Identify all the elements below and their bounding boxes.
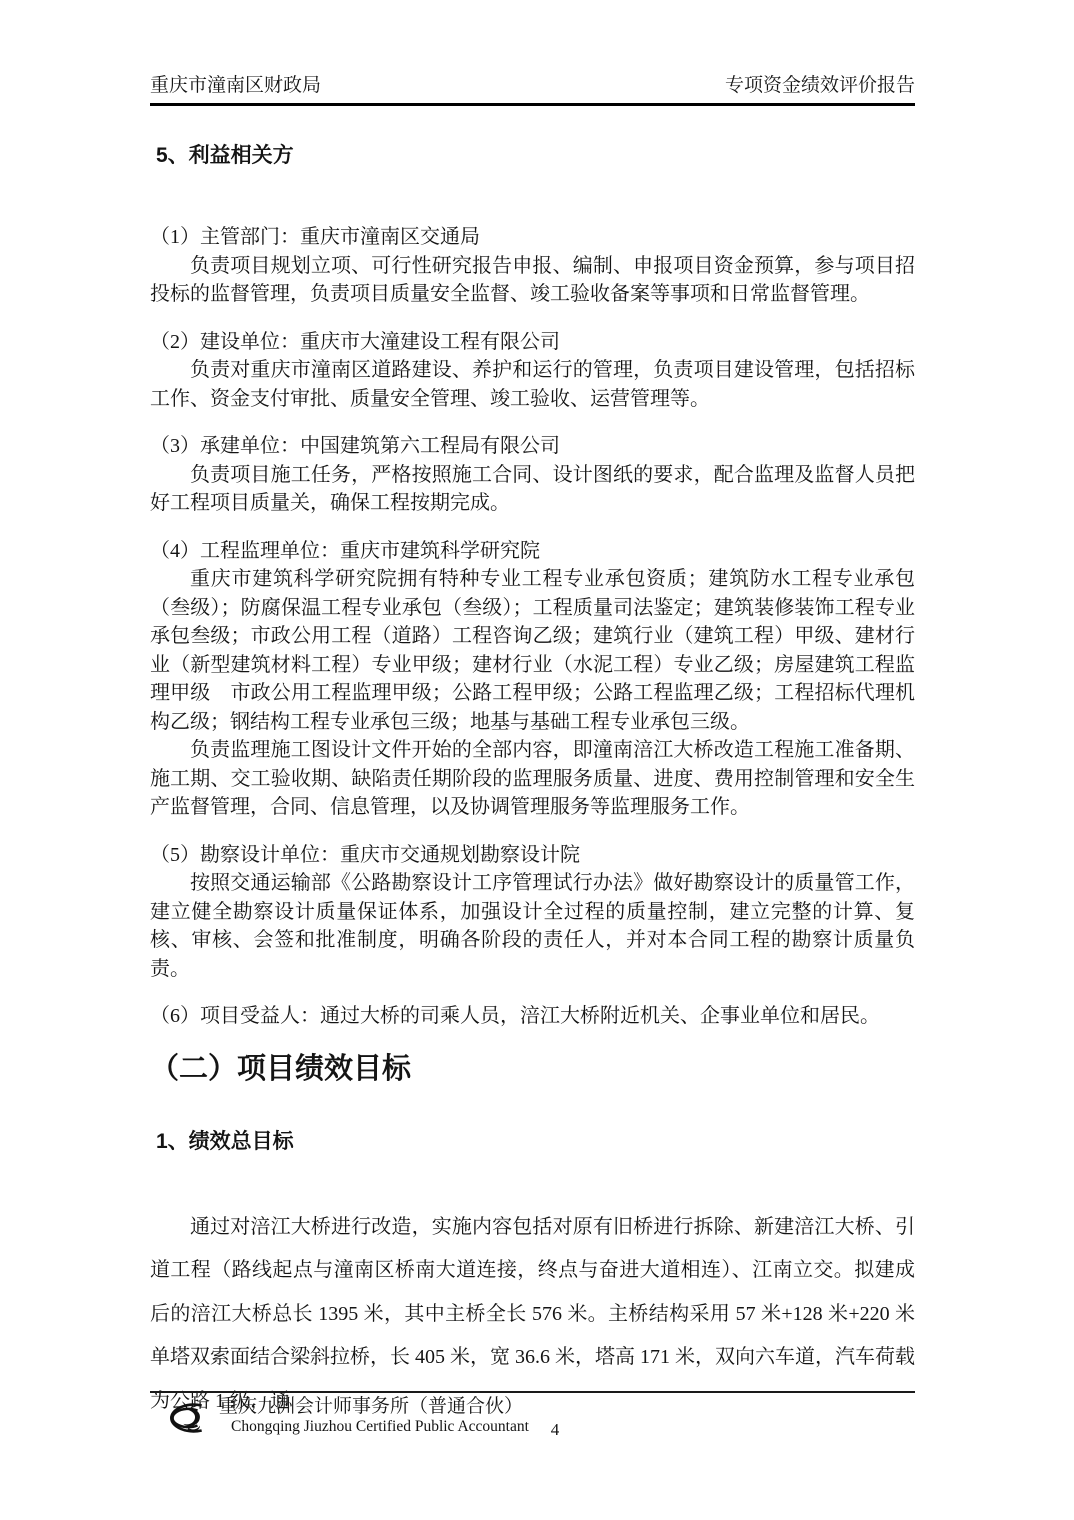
stakeholder-item-6: （6）项目受益人：通过大桥的司乘人员，涪江大桥附近机关、企事业单位和居民。 [150,1002,915,1031]
stakeholder-list: （1）主管部门：重庆市潼南区交通局 负责项目规划立项、可行性研究报告申报、编制、… [150,223,915,1031]
stakeholder-title: （5）勘察设计单位：重庆市交通规划勘察设计院 [150,841,915,870]
stakeholder-item-2: （2）建设单位：重庆市大潼建设工程有限公司 负责对重庆市潼南区道路建设、养护和运… [150,328,915,414]
document-body: 5、利益相关方 （1）主管部门：重庆市潼南区交通局 负责项目规划立项、可行性研究… [150,106,915,1423]
stakeholder-item-5: （5）勘察设计单位：重庆市交通规划勘察设计院 按照交通运输部《公路勘察设计工序管… [150,841,915,984]
heading-overall-goal: 1、绩效总目标 [156,1127,915,1156]
stakeholder-body-2: 负责监理施工图设计文件开始的全部内容，即潼南涪江大桥改造工程施工准备期、施工期、… [150,736,915,822]
stakeholder-item-1: （1）主管部门：重庆市潼南区交通局 负责项目规划立项、可行性研究报告申报、编制、… [150,223,915,309]
stakeholder-title: （6）项目受益人：通过大桥的司乘人员，涪江大桥附近机关、企事业单位和居民。 [150,1002,915,1031]
heading-performance-goals: （二）项目绩效目标 [150,1050,915,1088]
stakeholder-body: 负责对重庆市潼南区道路建设、养护和运行的管理，负责项目建设管理，包括招标工作、资… [150,356,915,413]
page-header: 重庆市潼南区财政局 专项资金绩效评价报告 [150,74,915,106]
header-right-text: 专项资金绩效评价报告 [725,74,915,98]
stakeholder-title: （4）工程监理单位：重庆市建筑科学研究院 [150,537,915,566]
document-page: 重庆市潼南区财政局 专项资金绩效评价报告 5、利益相关方 （1）主管部门：重庆市… [0,0,1074,1520]
stakeholder-body: 重庆市建筑科学研究院拥有特种专业工程专业承包资质；建筑防水工程专业承包（叁级）；… [150,565,915,736]
stakeholder-body: 负责项目规划立项、可行性研究报告申报、编制、申报项目资金预算，参与项目招投标的监… [150,252,915,309]
page-number: 4 [150,1420,960,1440]
heading-stakeholders: 5、利益相关方 [156,142,915,170]
stakeholder-title: （3）承建单位：中国建筑第六工程局有限公司 [150,432,915,461]
stakeholder-title: （1）主管部门：重庆市潼南区交通局 [150,223,915,252]
stakeholder-body: 负责项目施工任务，严格按照施工合同、设计图纸的要求，配合监理及监督人员把好工程项… [150,461,915,518]
footer-company-cn: 重庆九洲会计师事务所（普通合伙） [219,1396,529,1418]
stakeholder-title: （2）建设单位：重庆市大潼建设工程有限公司 [150,328,915,357]
stakeholder-item-3: （3）承建单位：中国建筑第六工程局有限公司 负责项目施工任务，严格按照施工合同、… [150,432,915,518]
header-left-text: 重庆市潼南区财政局 [150,74,321,98]
stakeholder-item-4: （4）工程监理单位：重庆市建筑科学研究院 重庆市建筑科学研究院拥有特种专业工程专… [150,537,915,822]
stakeholder-body: 按照交通运输部《公路勘察设计工序管理试行办法》做好勘察设计的质量管工作，建立健全… [150,869,915,983]
